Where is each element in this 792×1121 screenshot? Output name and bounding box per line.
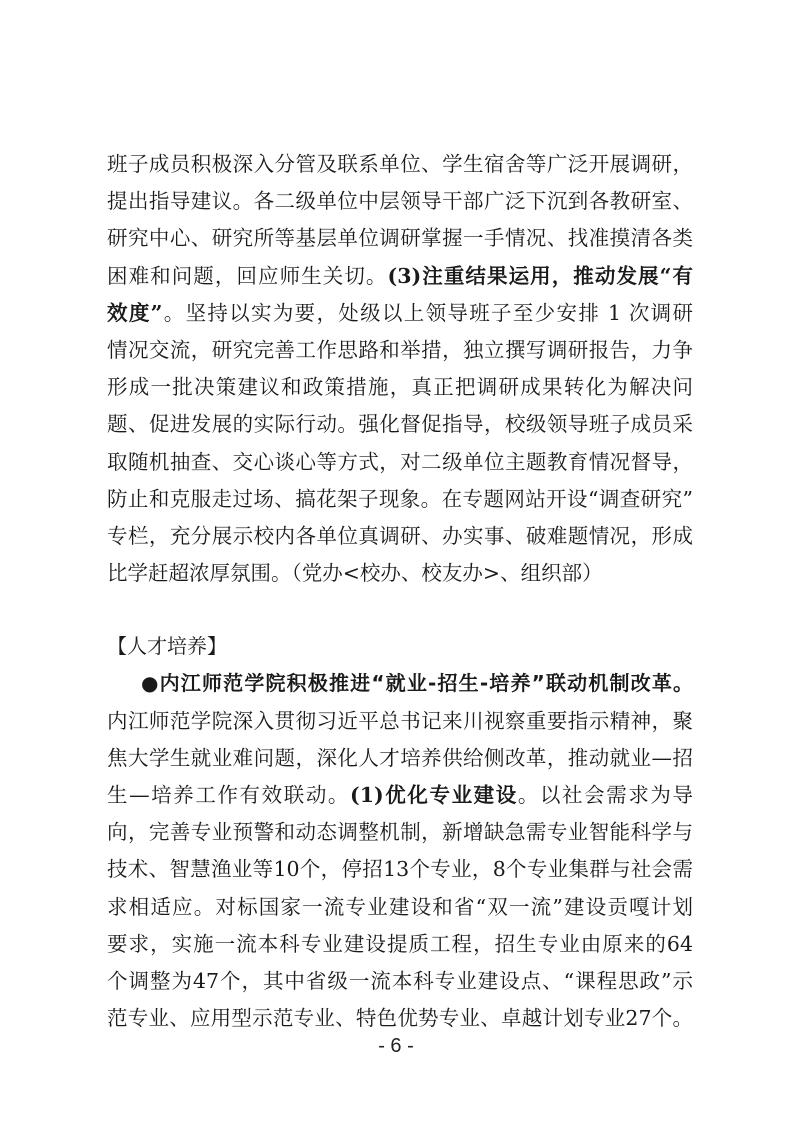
text-line: 要求，实施一流本科专业建设提质工程，招生专业由原来的64 — [107, 926, 693, 963]
text-run: 困难和问题，回应师生关切。 — [107, 264, 388, 288]
text-line: 生—培养工作有效联动。(1)优化专业建设。以社会需求为导 — [107, 777, 693, 814]
text-line: 情况交流，研究完善工作思路和举措，独立撰写调研报告，力争 — [107, 332, 693, 369]
text-line: 题、促进发展的实际行动。强化督促指导，校级领导班子成员采 — [107, 406, 693, 443]
text-line: 内江师范学院深入贯彻习近平总书记来川视察重要指示精神，聚 — [107, 703, 693, 740]
text-line: 个调整为47个，其中省级一流本科专业建设点、“课程思政”示 — [107, 963, 693, 1000]
text-line: 形成一批决策建议和政策措施，真正把调研成果转化为解决问 — [107, 369, 693, 406]
text-line: 范专业、应用型示范专业、特色优势专业、卓越计划专业27个。 — [107, 1000, 693, 1037]
text-line: 求相适应。对标国家一流专业建设和省“双一流”建设贡嘎计划 — [107, 889, 693, 926]
section-heading: 【人才培养】 — [107, 628, 693, 665]
page-number: - 6 - — [0, 1035, 792, 1058]
text-line: 提出指导建议。各二级单位中层领导干部广泛下沉到各教研室、 — [107, 183, 693, 220]
news-lead: ●内江师范学院积极推进“就业-招生-培养”联动机制改革。 — [107, 665, 693, 702]
text-line: 向，完善专业预警和动态调整机制，新增缺急需专业智能科学与 — [107, 814, 693, 851]
text-line: 比学赶超浓厚氛围。（党办<校办、校友办>、组织部） — [107, 555, 693, 592]
text-line: 技术、智慧渔业等10个，停招13个专业，8个专业集群与社会需 — [107, 851, 693, 888]
text-line: 取随机抽查、交心谈心等方式，对二级单位主题教育情况督导， — [107, 444, 693, 481]
text-run: 。坚持以实为要，处级以上领导班子至少安排 1 次调研 — [162, 301, 693, 325]
text-run: 生—培养工作有效联动。 — [107, 783, 350, 807]
text-line: 困难和问题，回应师生关切。(3)注重结果运用，推动发展“有 — [107, 258, 693, 295]
section-talent-cultivation: 【人才培养】 ●内江师范学院积极推进“就业-招生-培养”联动机制改革。 内江师范… — [107, 628, 693, 1037]
document-page: 班子成员积极深入分管及联系单位、学生宿舍等广泛开展调研， 提出指导建议。各二级单… — [0, 0, 792, 1121]
paragraph-research: 班子成员积极深入分管及联系单位、学生宿舍等广泛开展调研， 提出指导建议。各二级单… — [107, 146, 693, 592]
bold-subheading: (3)注重结果运用，推动发展“有 — [388, 264, 693, 288]
text-line: 防止和克服走过场、搞花架子现象。在专题网站开设“调查研究” — [107, 481, 693, 518]
bold-subheading: 效度” — [107, 301, 162, 325]
text-line: 专栏，充分展示校内各单位真调研、办实事、破难题情况，形成 — [107, 518, 693, 555]
text-line: 焦大学生就业难问题，深化人才培养供给侧改革，推动就业—招 — [107, 740, 693, 777]
bold-subheading: (1)优化专业建设 — [350, 783, 518, 807]
section-spacer — [107, 592, 693, 628]
page-body: 班子成员积极深入分管及联系单位、学生宿舍等广泛开展调研， 提出指导建议。各二级单… — [107, 146, 693, 1037]
text-line: 效度”。坚持以实为要，处级以上领导班子至少安排 1 次调研 — [107, 295, 693, 332]
text-run: 。以社会需求为导 — [518, 783, 693, 807]
text-line: 研究中心、研究所等基层单位调研掌握一手情况、找准摸清各类 — [107, 220, 693, 257]
text-line: 班子成员积极深入分管及联系单位、学生宿舍等广泛开展调研， — [107, 146, 693, 183]
